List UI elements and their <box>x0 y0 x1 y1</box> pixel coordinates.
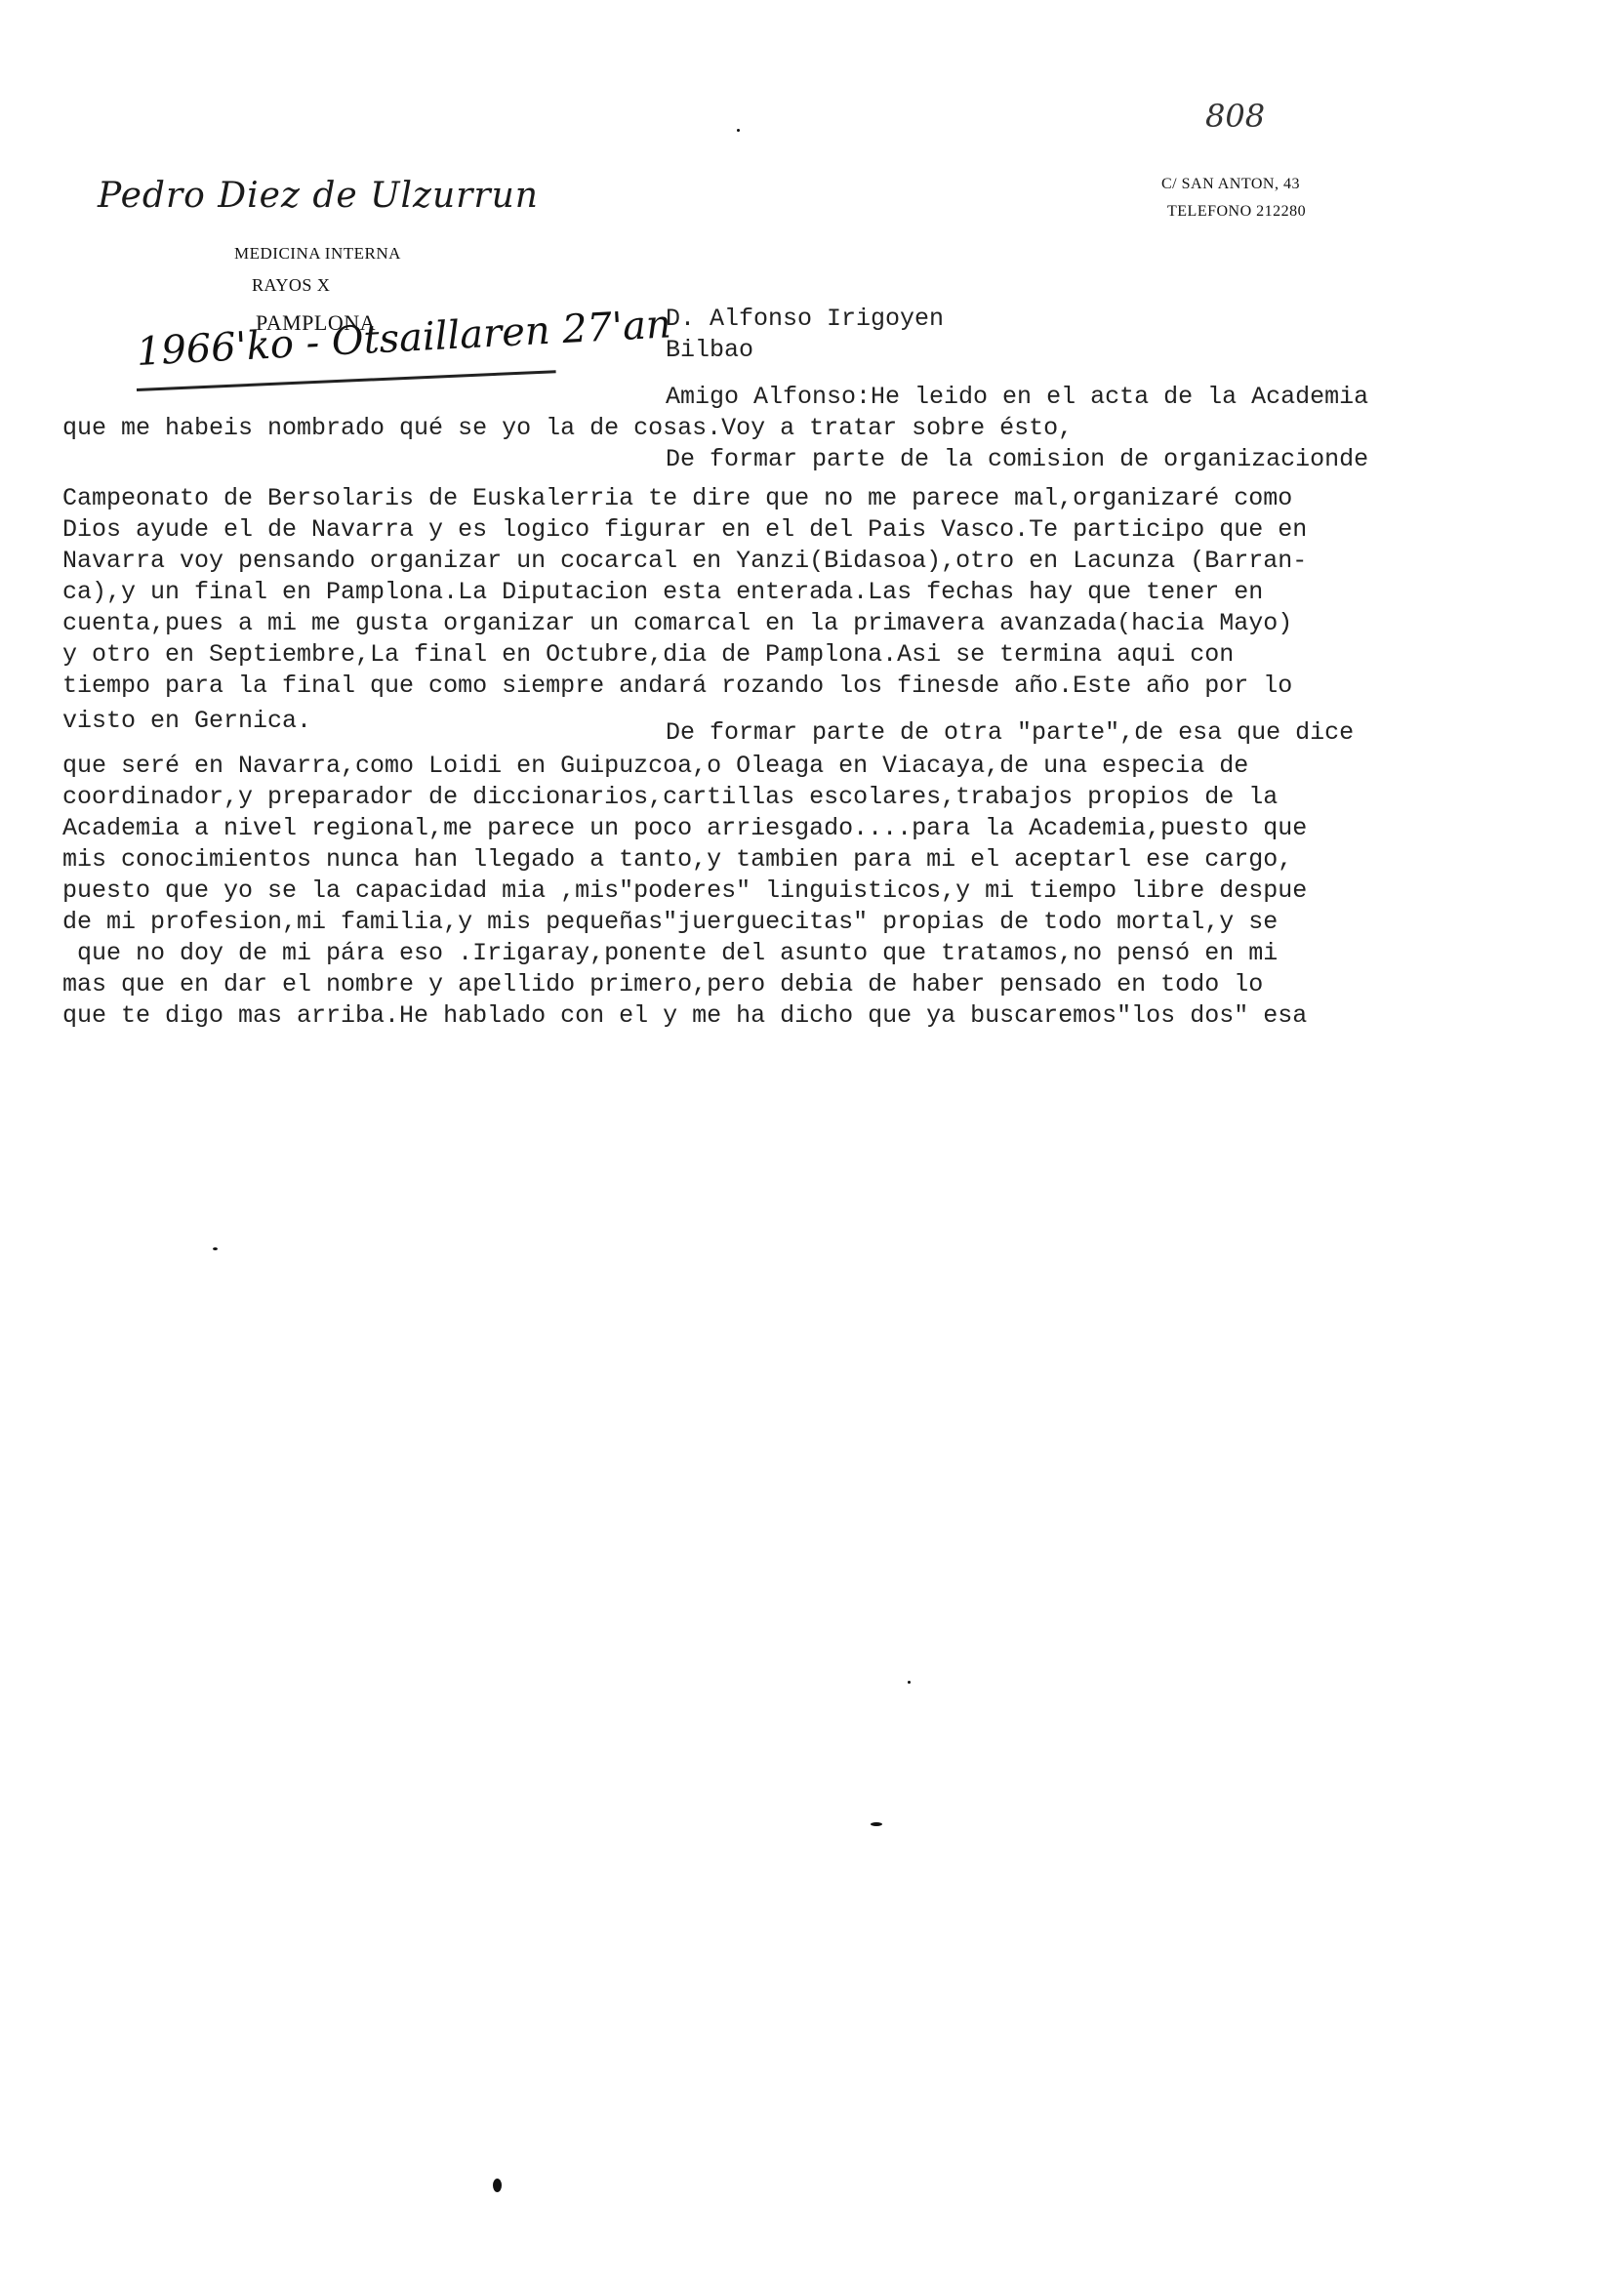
letter-line: Navarra voy pensando organizar un cocarc… <box>62 547 1307 575</box>
letter-line: De formar parte de otra "parte",de esa q… <box>666 718 1354 747</box>
letter-line: coordinador,y preparador de diccionarios… <box>62 783 1278 811</box>
handwritten-date-annotation: 1966'ko - Otsaillaren 27'an <box>136 302 672 375</box>
handwritten-page-number: 808 <box>1205 98 1265 135</box>
scan-speck <box>493 2179 502 2192</box>
scan-speck <box>871 1822 882 1826</box>
letter-line: cuenta,pues a mi me gusta organizar un c… <box>62 609 1292 637</box>
letterhead-specialty: MEDICINA INTERNA <box>234 244 401 264</box>
letter-line: Dios ayude el de Navarra y es logico fig… <box>62 515 1307 544</box>
letter-line: Campeonato de Bersolaris de Euskalerria … <box>62 484 1292 512</box>
letter-line: tiempo para la final que como siempre an… <box>62 672 1292 700</box>
letter-line: mas que en dar el nombre y apellido prim… <box>62 970 1263 998</box>
letter-line: mis conocimientos nunca han llegado a ta… <box>62 845 1292 874</box>
letter-line: que no doy de mi pára eso .Irigaray,pone… <box>62 939 1278 967</box>
letter-line: que me habeis nombrado qué se yo la de c… <box>62 414 1073 442</box>
handwritten-underline <box>137 370 556 391</box>
letter-line: De formar parte de la comision de organi… <box>666 445 1368 473</box>
letter-line: de mi profesion,mi familia,y mis pequeña… <box>62 908 1278 936</box>
letter-line: que seré en Navarra,como Loidi en Guipuz… <box>62 752 1248 780</box>
scan-speck <box>737 129 740 132</box>
letterhead-address: C/ SAN ANTON, 43 <box>1161 176 1300 193</box>
letter-line: puesto que yo se la capacidad mia ,mis"p… <box>62 876 1307 905</box>
letter-line: Amigo Alfonso:He leido en el acta de la … <box>666 383 1368 411</box>
recipient-name: D. Alfonso Irigoyen <box>666 305 944 333</box>
letterhead-rayos: RAYOS X <box>252 275 330 296</box>
letter-line: Academia a nivel regional,me parece un p… <box>62 814 1307 842</box>
scan-speck <box>908 1681 911 1684</box>
letterhead-name: Pedro Diez de Ulzurrun <box>98 176 539 216</box>
letter-line: visto en Gernica. <box>62 707 311 735</box>
letterhead-phone: TELEFONO 212280 <box>1167 203 1306 221</box>
letter-line: y otro en Septiembre,La final en Octubre… <box>62 640 1234 669</box>
scan-speck <box>213 1247 218 1250</box>
recipient-city: Bilbao <box>666 336 753 364</box>
letter-line: ca),y un final en Pamplona.La Diputacion… <box>62 578 1263 606</box>
letter-line: que te digo mas arriba.He hablado con el… <box>62 1001 1307 1030</box>
